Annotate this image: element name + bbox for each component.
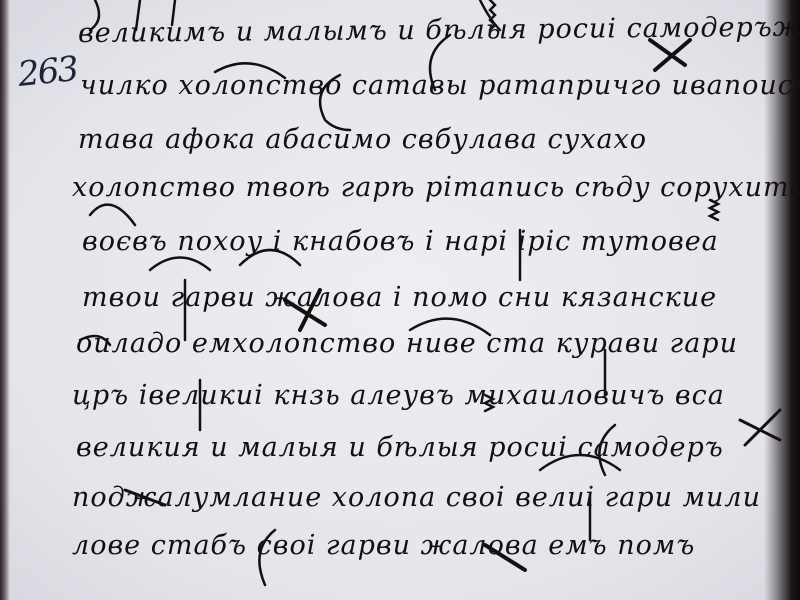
manuscript-line-9: великия и малыя и бѣлыя росиі самодеръ xyxy=(76,432,724,463)
folio-number: 263 xyxy=(16,49,79,95)
manuscript-line-8: цръ івеликиі кнзь алеувъ михаиловичъ вса xyxy=(72,380,725,411)
manuscript-line-11: лове стабъ своі гарви жалова емъ помъ xyxy=(72,530,695,561)
manuscript-line-1: великимъ и малымъ и бѣлыя росиі самодеръ… xyxy=(78,11,800,49)
manuscript-page: 263 великимъ и малымъ и бѣлыя росиі само… xyxy=(0,0,800,600)
manuscript-line-3: тава афока абасимо свбулава сухахо xyxy=(78,124,647,155)
manuscript-line-2: чилко холопство сатавы ратапричго ивапои… xyxy=(80,70,800,101)
manuscript-line-6: твои гарви жалова і помо сни кязанские xyxy=(82,282,717,313)
manuscript-line-7: оиладо емхолопство ниве ста курави гари xyxy=(76,328,738,359)
manuscript-line-4: холопство твоѣ гарѣ рітапись сѣду сорухи… xyxy=(72,172,800,203)
page-edge-left xyxy=(0,0,10,600)
manuscript-line-10: поджалумлание холопа своі велиі гари мил… xyxy=(72,482,761,513)
manuscript-line-5: воєвъ похоу і кнабовъ і нарі іріс тутове… xyxy=(82,226,719,257)
